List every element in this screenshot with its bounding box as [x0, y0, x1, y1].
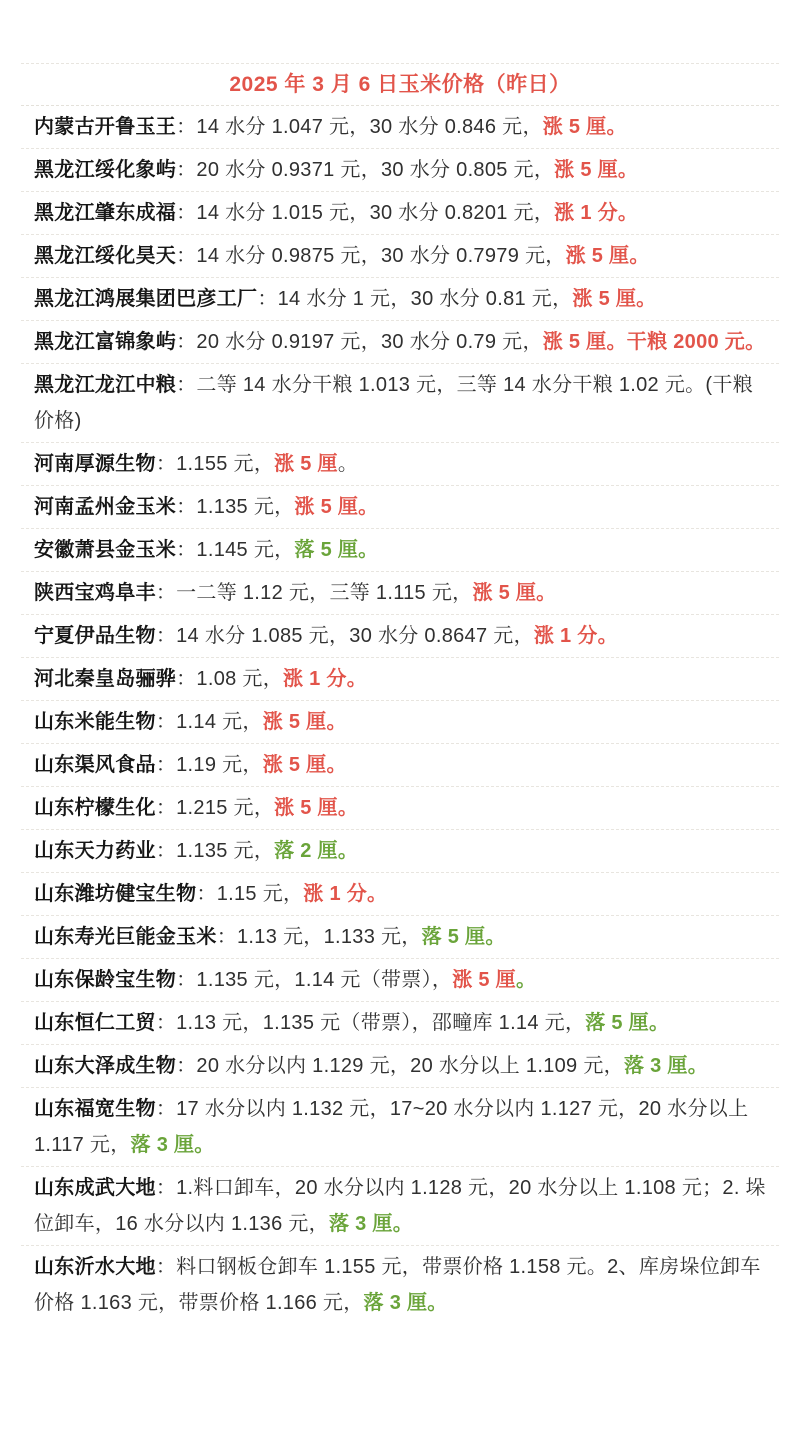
company-name: 安徽萧县金玉米 — [34, 539, 176, 561]
company-name: 山东恒仁工贸 — [34, 1012, 156, 1034]
price-text: ：1.215 元， — [156, 797, 274, 819]
price-row: 山东大泽成生物：20 水分以内 1.129 元，20 水分以上 1.109 元，… — [21, 1044, 779, 1087]
company-name: 山东寿光巨能金玉米 — [34, 926, 217, 948]
price-change-up: 涨 5 厘。 — [572, 288, 656, 310]
company-name: 黑龙江肇东成福 — [34, 202, 176, 224]
price-row: 河南厚源生物：1.155 元，涨 5 厘。 — [21, 442, 779, 485]
price-change-up: 涨 1 分。 — [534, 625, 618, 647]
price-change-up: 涨 5 厘。 — [294, 496, 378, 518]
price-row: 陕西宝鸡阜丰：一二等 1.12 元，三等 1.115 元，涨 5 厘。 — [21, 571, 779, 614]
price-change-up: 涨 5 厘。 — [472, 582, 556, 604]
price-change-down: 落 2 厘。 — [274, 840, 358, 862]
company-name: 山东沂水大地 — [34, 1256, 156, 1278]
price-change-down: 落 5 厘。 — [294, 539, 378, 561]
price-change-up: 涨 5 厘。 — [263, 711, 347, 733]
price-text: ：一二等 1.12 元，三等 1.115 元， — [156, 582, 473, 604]
company-name: 山东成武大地 — [34, 1177, 156, 1199]
corn-price-bulletin: 2025 年 3 月 6 日玉米价格（昨日） 内蒙古开鲁玉王：14 水分 1.0… — [0, 0, 800, 1324]
price-text: ：14 水分 1 元，30 水分 0.81 元， — [257, 288, 572, 310]
company-name: 山东保龄宝生物 — [34, 969, 176, 991]
price-row: 山东保龄宝生物：1.135 元，1.14 元（带票），涨 5 厘。 — [21, 958, 779, 1001]
company-name: 河南厚源生物 — [34, 453, 156, 475]
price-change-down: 落 3 厘。 — [329, 1213, 413, 1235]
page-title: 2025 年 3 月 6 日玉米价格（昨日） — [21, 63, 779, 105]
price-change-up: 涨 1 分。 — [303, 883, 387, 905]
price-text: ：20 水分 0.9371 元，30 水分 0.805 元， — [176, 159, 554, 181]
company-name: 黑龙江鸿展集团巴彦工厂 — [34, 288, 257, 310]
company-name: 山东天力药业 — [34, 840, 156, 862]
price-row: 山东米能生物：1.14 元，涨 5 厘。 — [21, 700, 779, 743]
price-list: 内蒙古开鲁玉王：14 水分 1.047 元，30 水分 0.846 元，涨 5 … — [21, 105, 779, 1324]
company-name: 河南孟州金玉米 — [34, 496, 176, 518]
price-text: ：1.155 元， — [156, 453, 274, 475]
price-change-up: 涨 1 分。 — [283, 668, 367, 690]
price-row: 河北秦皇岛骊骅：1.08 元，涨 1 分。 — [21, 657, 779, 700]
price-change-down: 落 5 厘。 — [422, 926, 506, 948]
company-name: 河北秦皇岛骊骅 — [34, 668, 176, 690]
price-text: ：1.145 元， — [176, 539, 294, 561]
company-name: 黑龙江龙江中粮 — [34, 374, 176, 396]
price-text: ：14 水分 0.9875 元，30 水分 0.7979 元， — [176, 245, 565, 267]
price-change-down: 。 — [516, 969, 536, 991]
price-row: 黑龙江绥化象屿：20 水分 0.9371 元，30 水分 0.805 元，涨 5… — [21, 148, 779, 191]
price-text: ：14 水分 1.047 元，30 水分 0.846 元， — [176, 116, 543, 138]
price-change-down: 落 3 厘。 — [131, 1134, 215, 1156]
price-change-down: 落 3 厘。 — [364, 1292, 448, 1314]
price-text: ：1.13 元，1.135 元（带票），邵疃库 1.14 元， — [156, 1012, 585, 1034]
price-row: 山东恒仁工贸：1.13 元，1.135 元（带票），邵疃库 1.14 元，落 5… — [21, 1001, 779, 1044]
price-text: ：1.135 元， — [156, 840, 274, 862]
price-row: 宁夏伊品生物：14 水分 1.085 元，30 水分 0.8647 元，涨 1 … — [21, 614, 779, 657]
company-name: 山东渠风食品 — [34, 754, 156, 776]
price-change-up: 涨 1 分。 — [554, 202, 638, 224]
company-name: 宁夏伊品生物 — [34, 625, 156, 647]
price-row: 内蒙古开鲁玉王：14 水分 1.047 元，30 水分 0.846 元，涨 5 … — [21, 105, 779, 148]
company-name: 内蒙古开鲁玉王 — [34, 116, 176, 138]
company-name: 黑龙江绥化昊天 — [34, 245, 176, 267]
price-row: 山东天力药业：1.135 元，落 2 厘。 — [21, 829, 779, 872]
price-row: 黑龙江肇东成福：14 水分 1.015 元，30 水分 0.8201 元，涨 1… — [21, 191, 779, 234]
price-text: ：14 水分 1.015 元，30 水分 0.8201 元， — [176, 202, 554, 224]
price-text: ：1.14 元， — [156, 711, 263, 733]
price-text: ：20 水分 0.9197 元，30 水分 0.79 元， — [176, 331, 543, 353]
price-text: ：20 水分以内 1.129 元，20 水分以上 1.109 元， — [176, 1055, 624, 1077]
price-text: ：1.19 元， — [156, 754, 263, 776]
price-change-up: 涨 5 厘。 — [263, 754, 347, 776]
price-change-up: 涨 5 厘。干粮 2000 元。 — [543, 331, 766, 353]
price-row: 黑龙江龙江中粮：二等 14 水分干粮 1.013 元，三等 14 水分干粮 1.… — [21, 363, 779, 442]
price-text: 。 — [338, 453, 358, 475]
price-text: ：1.135 元， — [176, 496, 294, 518]
price-row: 黑龙江富锦象屿：20 水分 0.9197 元，30 水分 0.79 元，涨 5 … — [21, 320, 779, 363]
price-row: 山东福宽生物：17 水分以内 1.132 元，17~20 水分以内 1.127 … — [21, 1087, 779, 1166]
price-row: 安徽萧县金玉米：1.145 元，落 5 厘。 — [21, 528, 779, 571]
price-change-up: 涨 5 厘 — [452, 969, 516, 991]
price-row: 山东寿光巨能金玉米：1.13 元，1.133 元，落 5 厘。 — [21, 915, 779, 958]
price-change-up: 涨 5 厘。 — [554, 159, 638, 181]
company-name: 山东米能生物 — [34, 711, 156, 733]
price-change-up: 涨 5 厘。 — [566, 245, 650, 267]
price-row: 山东柠檬生化：1.215 元，涨 5 厘。 — [21, 786, 779, 829]
price-row: 山东潍坊健宝生物：1.15 元，涨 1 分。 — [21, 872, 779, 915]
company-name: 陕西宝鸡阜丰 — [34, 582, 156, 604]
price-text: ：14 水分 1.085 元，30 水分 0.8647 元， — [156, 625, 534, 647]
company-name: 山东福宽生物 — [34, 1098, 156, 1120]
price-text: ：1.13 元，1.133 元， — [217, 926, 422, 948]
price-row: 山东渠风食品：1.19 元，涨 5 厘。 — [21, 743, 779, 786]
price-change-down: 落 3 厘。 — [624, 1055, 708, 1077]
price-text: ：1.08 元， — [176, 668, 283, 690]
company-name: 山东大泽成生物 — [34, 1055, 176, 1077]
price-change-up: 涨 5 厘 — [274, 453, 338, 475]
price-change-down: 落 5 厘。 — [585, 1012, 669, 1034]
price-change-up: 涨 5 厘。 — [274, 797, 358, 819]
price-text: ：1.15 元， — [196, 883, 303, 905]
price-text: ：1.135 元，1.14 元（带票）， — [176, 969, 452, 991]
price-row: 黑龙江绥化昊天：14 水分 0.9875 元，30 水分 0.7979 元，涨 … — [21, 234, 779, 277]
price-row: 山东成武大地：1.料口卸车，20 水分以内 1.128 元，20 水分以上 1.… — [21, 1166, 779, 1245]
price-row: 山东沂水大地：料口钢板仓卸车 1.155 元，带票价格 1.158 元。2、库房… — [21, 1245, 779, 1324]
price-row: 黑龙江鸿展集团巴彦工厂：14 水分 1 元，30 水分 0.81 元，涨 5 厘… — [21, 277, 779, 320]
price-change-up: 涨 5 厘。 — [543, 116, 627, 138]
company-name: 黑龙江绥化象屿 — [34, 159, 176, 181]
company-name: 黑龙江富锦象屿 — [34, 331, 176, 353]
price-row: 河南孟州金玉米：1.135 元，涨 5 厘。 — [21, 485, 779, 528]
company-name: 山东潍坊健宝生物 — [34, 883, 196, 905]
company-name: 山东柠檬生化 — [34, 797, 156, 819]
